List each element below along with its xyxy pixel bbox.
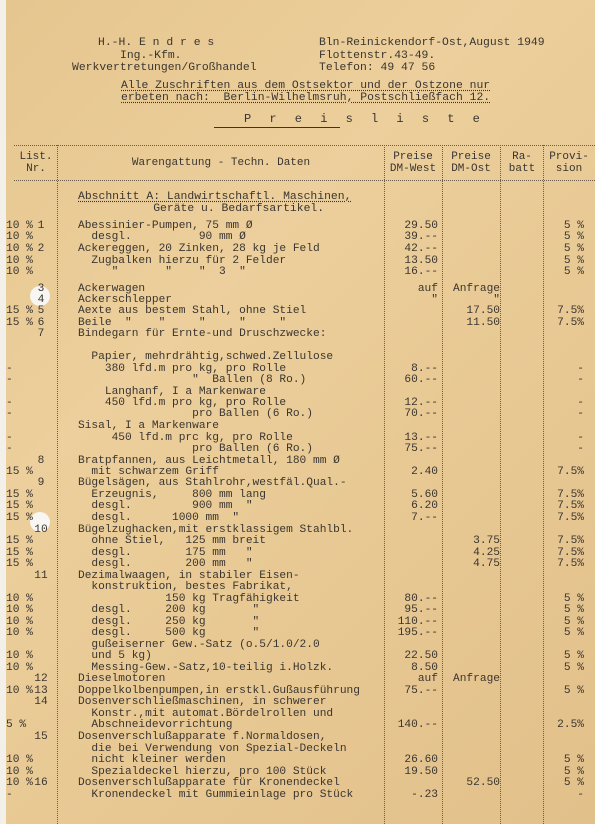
provision-cell: 7.5% [546,536,584,548]
rabatt-cell: - [6,375,13,387]
description-cell: Dosenverschlußapparate f.Normaldosen, [78,732,326,744]
table-row: ohne Stiel, 125 mm breit3.7515 %7.5% [6,536,595,548]
rabatt-cell: 15 % [6,318,33,330]
price-ost-cell: 52.50 [444,778,500,790]
price-list-page: H.-H. E n d r e s Ing.-Kfm. Werkvertretu… [6,0,595,824]
header-dm-ost: Preise DM-Ost [443,151,499,175]
rabatt-cell: 10 % [6,232,33,244]
table-row: desgl. 500 kg "195.--10 %5 % [6,628,595,640]
table-row: Sisal, I a Markenware [6,421,595,433]
description-cell: Ackereggen, 20 Zinken, 28 kg je Feld [78,244,320,256]
table-row: desgl. 900 mm "6.2015 %7.5% [6,501,595,513]
description-cell: Dieselmotoren [78,674,165,686]
company-title: Ing.-Kfm. [120,50,182,63]
provision-cell: 7.5% [546,318,584,330]
table-row: 7Bindegarn für Ernte-und Druschzwecke: [6,329,595,341]
provision-cell: 5 % [546,686,584,698]
table-row: 16Dosenverschlußapparate für Kronendecke… [6,778,595,790]
price-west-cell: 16.-- [384,267,438,279]
description-cell: Dosenverschließmaschinen, in schwerer [78,697,326,709]
description-cell: Bügelsägen, aus Stahlrohr,westfäl.Qual.- [78,478,347,490]
description-cell: Abschneidevorrichtung [78,720,232,732]
provision-cell: 2.5% [546,720,584,732]
table-row: 9Bügelsägen, aus Stahlrohr,westfäl.Qual.… [6,478,595,490]
price-west-cell: 195.-- [384,628,438,640]
provision-cell: - [546,790,584,802]
table-row: Papier, mehrdrähtig,schwed.Zellulose [6,352,595,364]
header-dm-west: Preise DM-West [385,151,441,175]
description-cell: Dosenverschlußapparate für Kronendeckel [78,778,340,790]
price-west-cell: 2.40 [384,467,438,479]
provision-cell: 7.5% [546,501,584,513]
price-west-cell: 7.-- [384,513,438,525]
description-cell: Sisal, I a Markenware [78,421,219,433]
section-heading-line-1: Abschnitt A: Landwirtschaftl. Maschinen, [78,191,351,204]
description-cell: und 5 kg) [78,651,152,663]
price-west-cell: -.23 [384,790,438,802]
table-row: desgl. 1000 mm "7.--15 %7.5% [6,513,595,525]
provision-cell: 5 % [546,778,584,790]
notice-line-1: Alle Zuschriften aus dem Ostsektor und d… [121,80,490,93]
rabatt-cell: 10 % [6,267,33,279]
price-west-cell: 6.20 [384,501,438,513]
rabatt-cell: 10 % [6,605,33,617]
provision-cell: 5 % [546,267,584,279]
rabatt-cell: 10 % [6,778,33,790]
rabatt-cell: 10 % [6,628,33,640]
price-west-cell: 75.-- [384,444,438,456]
list-nr-cell: 11 [26,571,56,583]
rabatt-cell: 10 % [6,755,33,767]
rabatt-cell: - [6,790,13,802]
header-warengattung: Warengattung - Techn. Daten [66,157,376,169]
price-west-cell: 95.-- [384,605,438,617]
provision-cell: 7.5% [546,559,584,571]
rabatt-cell: - [6,444,13,456]
rabatt-cell: 15 % [6,536,33,548]
table-row: pro Ballen (6 Ro.)70.---- [6,409,595,421]
description-cell: desgl. 500 kg " [78,628,259,640]
table-row: Abschneidevorrichtung140.--5 %2.5% [6,720,595,732]
company-business: Werkvertretungen/Großhandel [72,62,257,75]
price-west-cell: 75.-- [384,686,438,698]
price-west-cell: 140.-- [384,720,438,732]
description-cell: " Ballen (8 Ro.) [78,375,306,387]
provision-cell: - [546,409,584,421]
table-top-rule [14,145,595,146]
description-cell: desgl. 1000 mm " [78,513,239,525]
price-ost-cell: 4.75 [444,559,500,571]
table-row: desgl. 200 mm "4.7515 %7.5% [6,559,595,571]
table-row: desgl. 200 kg "95.--10 %5 % [6,605,595,617]
provision-cell: - [546,375,584,387]
table-row: 14Dosenverschließmaschinen, in schwerer [6,697,595,709]
rabatt-cell: 10 % [6,651,33,663]
description-cell: desgl. 200 kg " [78,605,259,617]
header-rabatt: Ra- batt [501,151,543,175]
table-row: konstruktion, bestes Fabrikat, [6,582,595,594]
phone-number: Telefon: 49 47 56 [319,62,435,75]
description-cell: Bindegarn für Ernte-und Druschzwecke: [78,329,326,341]
table-row: " Ballen (8 Ro.)60.---- [6,375,595,387]
rabatt-cell: 10 % [6,244,33,256]
provision-cell: 5 % [546,244,584,256]
price-west-cell: 60.-- [384,375,438,387]
header-list-nr: List. Nr. [16,151,56,175]
rabatt-cell: 10 % [6,686,33,698]
table-row: nicht kleiner werden26.6010 %5 % [6,755,595,767]
rabatt-cell: 15 % [6,559,33,571]
description-cell: konstruktion, bestes Fabrikat, [78,582,293,594]
provision-cell: 5 % [546,232,584,244]
document-title: P r e i s l i s t e [244,112,485,126]
price-west-cell: 19.50 [384,767,438,779]
list-nr-cell: 9 [26,478,56,490]
table-row: 5Aexte aus bestem Stahl, ohne Stiel17.50… [6,306,595,318]
description-cell: desgl. 90 mm Ø [78,232,246,244]
notice-line-2: erbeten nach: Berlin-Wilhelmsruh, Postsc… [121,92,490,105]
price-ost-cell: 17.50 [444,306,500,318]
rabatt-cell: 15 % [6,501,33,513]
table-row: und 5 kg)22.5010 %5 % [6,651,595,663]
price-west-cell: 42.-- [384,244,438,256]
table-row: " " " 3 "16.--10 %5 % [6,267,595,279]
price-west-cell: " [384,295,438,307]
table-row: Kronendeckel mit Gummieinlage pro Stück-… [6,790,595,802]
description-cell: pro Ballen (6 Ro.) [78,444,313,456]
price-west-cell: 70.-- [384,409,438,421]
description-cell: pro Ballen (6 Ro.) [78,409,313,421]
rabatt-cell: 15 % [6,467,33,479]
table-row: 12DieselmotorenaufAnfrage [6,674,595,686]
table-row: pro Ballen (6 Ro.)75.---- [6,444,595,456]
rabatt-cell: 5 % [6,720,26,732]
price-west-cell: 26.60 [384,755,438,767]
table-row: desgl. 90 mm Ø39.--10 %5 % [6,232,595,244]
list-nr-cell: 14 [26,697,56,709]
rabatt-cell: - [6,409,13,421]
price-west-cell: auf [384,674,438,686]
description-cell: ohne Stiel, 125 mm breit [78,536,266,548]
rabatt-cell: 15 % [6,513,33,525]
table-row: 15Dosenverschlußapparate f.Normaldosen, [6,732,595,744]
description-cell: Papier, mehrdrähtig,schwed.Zellulose [78,352,333,364]
price-west-cell: 39.-- [384,232,438,244]
rabatt-cell: 15 % [6,306,33,318]
header-provision: Provi- sion [544,151,594,175]
provision-cell: 7.5% [546,306,584,318]
provision-cell: 7.5% [546,513,584,525]
price-west-cell: 22.50 [384,651,438,663]
provision-cell: 5 % [546,663,584,675]
title-underline [214,127,340,128]
company-name: H.-H. E n d r e s [98,37,214,50]
price-ost-cell: 11.50 [444,318,500,330]
table-row: 2Ackereggen, 20 Zinken, 28 kg je Feld42.… [6,244,595,256]
price-ost-cell: Anfrage [444,674,500,686]
description-cell: " " " 3 " [78,267,246,279]
description-cell: desgl. 900 mm " [78,501,253,513]
list-nr-cell: 15 [26,732,56,744]
provision-cell: 5 % [546,628,584,640]
description-cell: Kronendeckel mit Gummieinlage pro Stück [78,790,353,802]
provision-cell: 5 % [546,651,584,663]
price-ost-cell: 3.75 [444,536,500,548]
provision-cell: 5 % [546,755,584,767]
description-cell: nicht kleiner werden [78,755,226,767]
price-west-cell: auf [384,284,438,296]
section-heading-line-2: Geräte u. Bedarfsartikel. [78,203,324,216]
description-cell: Aexte aus bestem Stahl, ohne Stiel [78,306,306,318]
list-nr-cell: 12 [26,674,56,686]
street-address: Flottenstr.43-49. [319,50,435,63]
description-cell: desgl. 200 mm " [78,559,253,571]
provision-cell: - [546,444,584,456]
rabatt-cell: 10 % [6,663,33,675]
list-nr-cell: 7 [26,329,56,341]
provision-cell: 7.5% [546,467,584,479]
place-date: Bln-Reinickendorf-Ost,August 1949 [319,37,545,50]
price-ost-cell: Anfrage [444,284,500,296]
header-bottom-rule [14,180,595,181]
provision-cell: 5 % [546,605,584,617]
